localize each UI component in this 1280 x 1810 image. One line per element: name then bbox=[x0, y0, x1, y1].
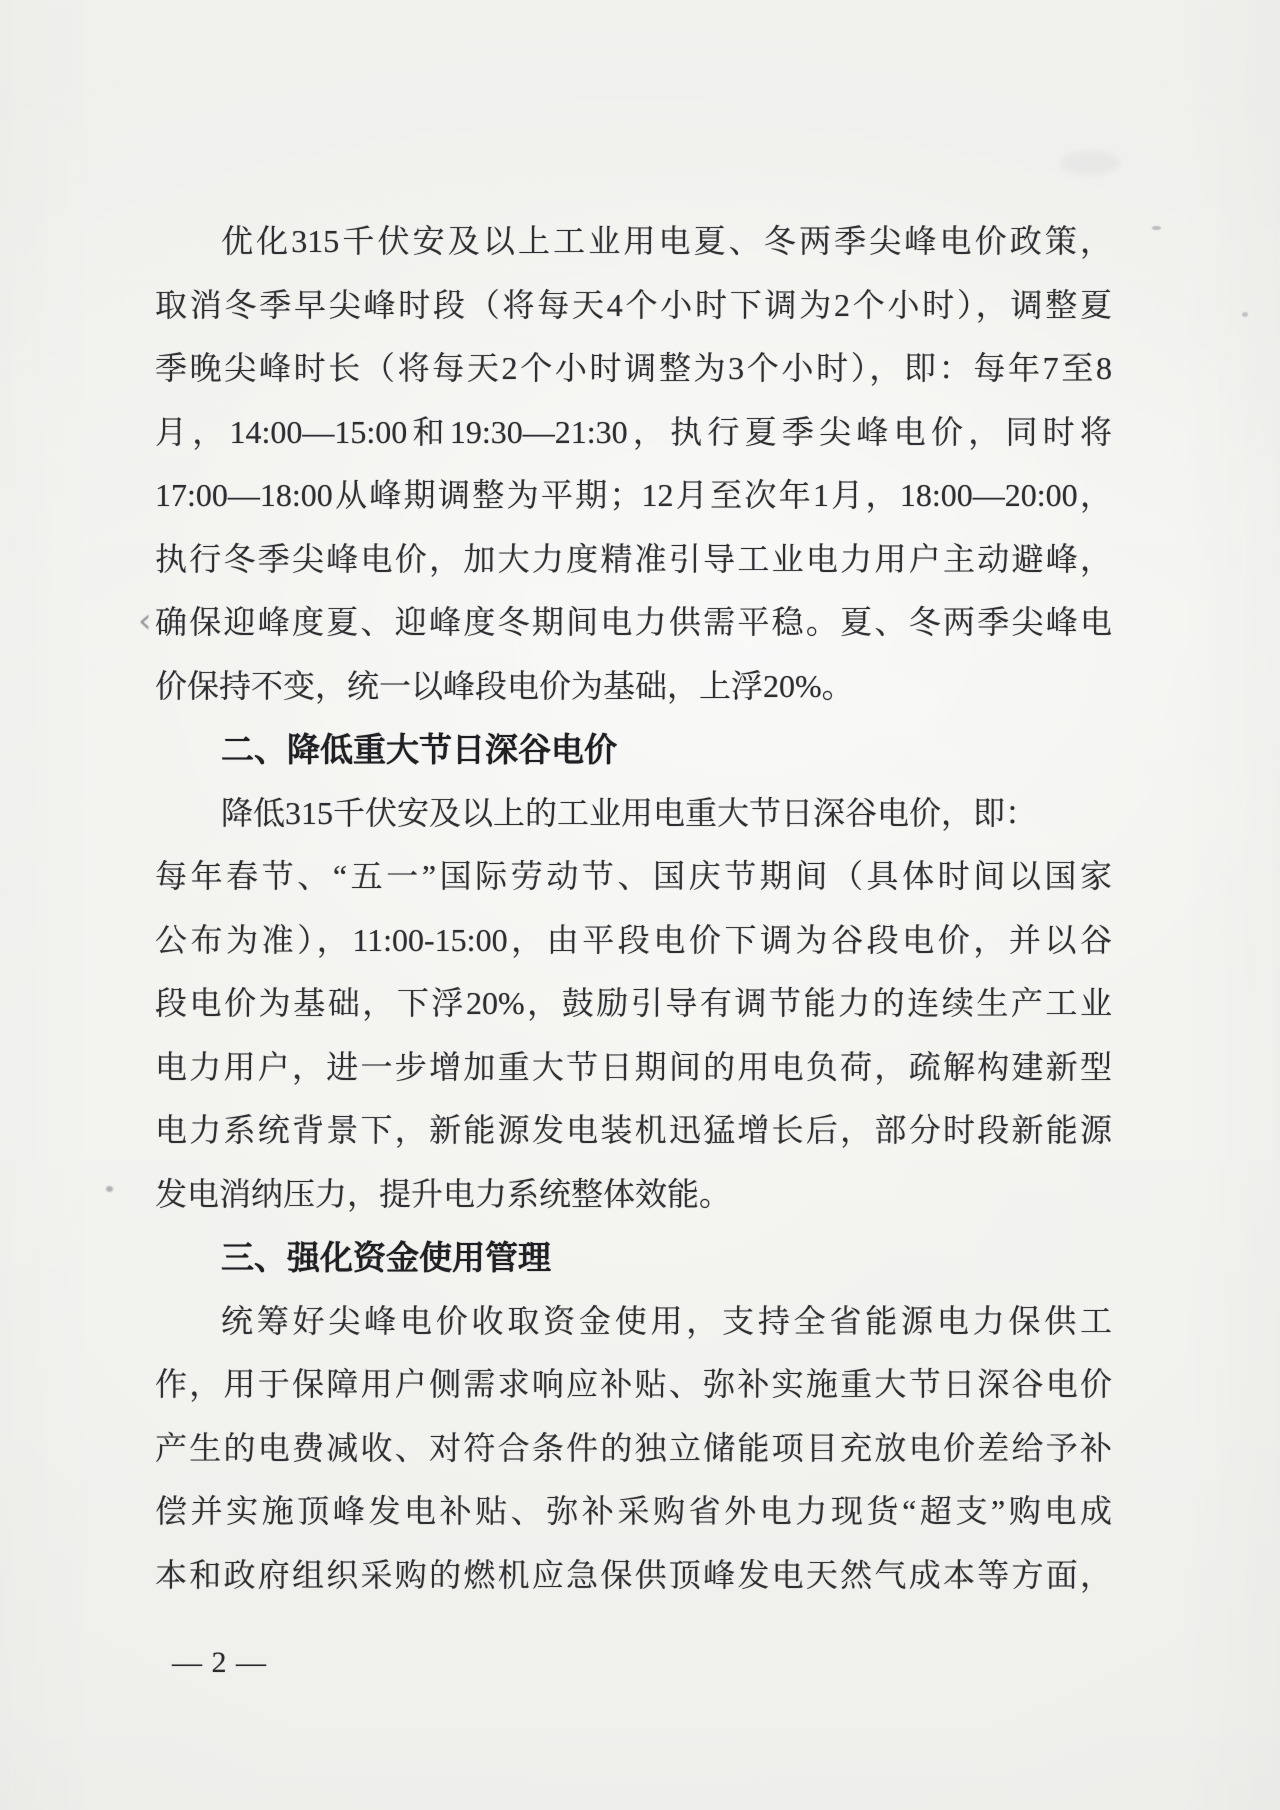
text-line: 季晚尖峰时长（将每天2个小时调整为3个小时），即：每年7至8 bbox=[155, 337, 1112, 401]
text-line: 取消冬季早尖峰时段（将每天4个小时下调为2个小时），调整夏 bbox=[155, 274, 1112, 338]
text-line: 优化315千伏安及以上工业用电夏、冬两季尖峰电价政策， bbox=[155, 210, 1112, 274]
text-line: 本和政府组织采购的燃机应急保供顶峰发电天然气成本等方面， bbox=[155, 1544, 1112, 1608]
text-line: 发电消纳压力，提升电力系统整体效能。 bbox=[155, 1163, 1112, 1227]
text-line: 执行冬季尖峰电价，加大力度精准引导工业电力用户主动避峰， bbox=[155, 528, 1112, 592]
scan-artifact-dot bbox=[1152, 226, 1161, 230]
document-body-text: 优化315千伏安及以上工业用电夏、冬两季尖峰电价政策，取消冬季早尖峰时段（将每天… bbox=[155, 210, 1112, 1607]
text-line: 统筹好尖峰电价收取资金使用，支持全省能源电力保供工 bbox=[155, 1290, 1112, 1354]
text-line: 确保迎峰度夏、迎峰度冬期间电力供需平稳。夏、冬两季尖峰电 bbox=[155, 591, 1112, 655]
text-line: 电力系统背景下，新能源发电装机迅猛增长后，部分时段新能源 bbox=[155, 1099, 1112, 1163]
text-line: 段电价为基础，下浮20%，鼓励引导有调节能力的连续生产工业 bbox=[155, 972, 1112, 1036]
text-line: 公布为准），11:00-15:00，由平段电价下调为谷段电价，并以谷 bbox=[155, 909, 1112, 973]
scan-artifact-dot bbox=[1242, 312, 1248, 317]
text-line: 降低315千伏安及以上的工业用电重大节日深谷电价，即： bbox=[155, 782, 1112, 846]
text-line: 偿并实施顶峰发电补贴、弥补采购省外电力现货“超支”购电成 bbox=[155, 1480, 1112, 1544]
section-heading: 二、降低重大节日深谷电价 bbox=[155, 718, 1112, 782]
text-line: 作，用于保障用户侧需求响应补贴、弥补实施重大节日深谷电价 bbox=[155, 1353, 1112, 1417]
text-line: 价保持不变，统一以峰段电价为基础，上浮20%。 bbox=[155, 655, 1112, 719]
scan-artifact-dot bbox=[106, 1186, 113, 1192]
text-line: 产生的电费减收、对符合条件的独立储能项目充放电价差给予补 bbox=[155, 1417, 1112, 1481]
scan-artifact-mark: ‹ bbox=[138, 608, 154, 634]
text-line: 每年春节、“五一”国际劳动节、国庆节期间（具体时间以国家 bbox=[155, 845, 1112, 909]
section-heading: 三、强化资金使用管理 bbox=[155, 1226, 1112, 1290]
text-line: 17:00—18:00从峰期调整为平期；12月至次年1月，18:00—20:00… bbox=[155, 464, 1112, 528]
scan-artifact-smudge bbox=[1060, 150, 1120, 176]
text-line: 电力用户，进一步增加重大节日期间的用电负荷，疏解构建新型 bbox=[155, 1036, 1112, 1100]
text-line: 月，14:00—15:00和19:30—21:30，执行夏季尖峰电价，同时将 bbox=[155, 401, 1112, 465]
scanned-document-page: { "page": { "footer_label": "— 2 —", "ba… bbox=[0, 0, 1280, 1810]
page-number: — 2 — bbox=[172, 1641, 267, 1685]
